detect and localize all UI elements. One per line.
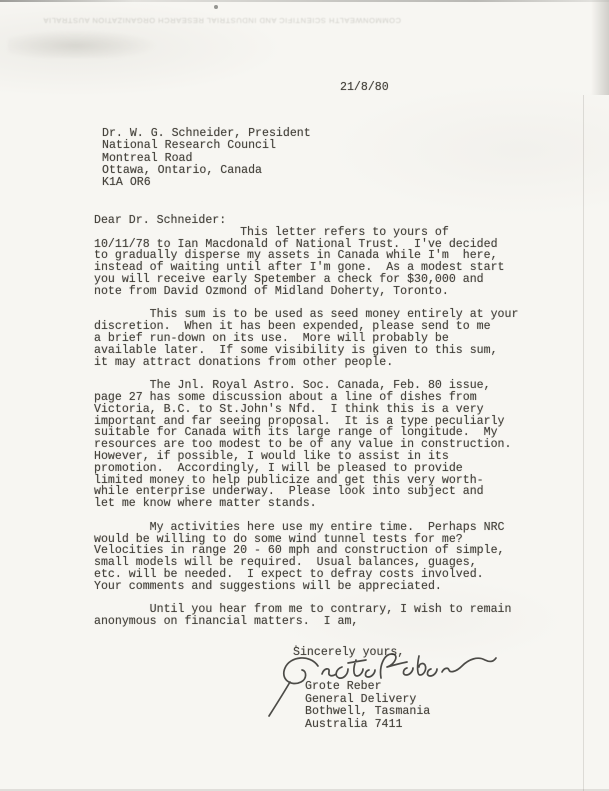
closing-salutation: Sincerely yours, bbox=[293, 647, 404, 659]
letter-body: Dear Dr. Schneider: This letter refers t… bbox=[94, 215, 518, 628]
scan-shadow-top-right bbox=[591, 0, 609, 95]
ghost-letterhead-bleedthrough: COMMONWEALTH SCIENTIFIC AND INDUSTRIAL R… bbox=[83, 16, 401, 25]
scan-edge-top bbox=[0, 0, 609, 2]
scan-speck bbox=[214, 5, 218, 9]
scanned-letter-page: COMMONWEALTH SCIENTIFIC AND INDUSTRIAL R… bbox=[0, 0, 609, 791]
scan-crease-line bbox=[583, 95, 584, 791]
recipient-address: Dr. W. G. Schneider, President National … bbox=[102, 128, 311, 189]
scan-smudge bbox=[8, 30, 158, 58]
signature-block: Grote Reber General Delivery Bothwell, T… bbox=[305, 681, 430, 731]
letter-date: 21/8/80 bbox=[340, 82, 389, 94]
